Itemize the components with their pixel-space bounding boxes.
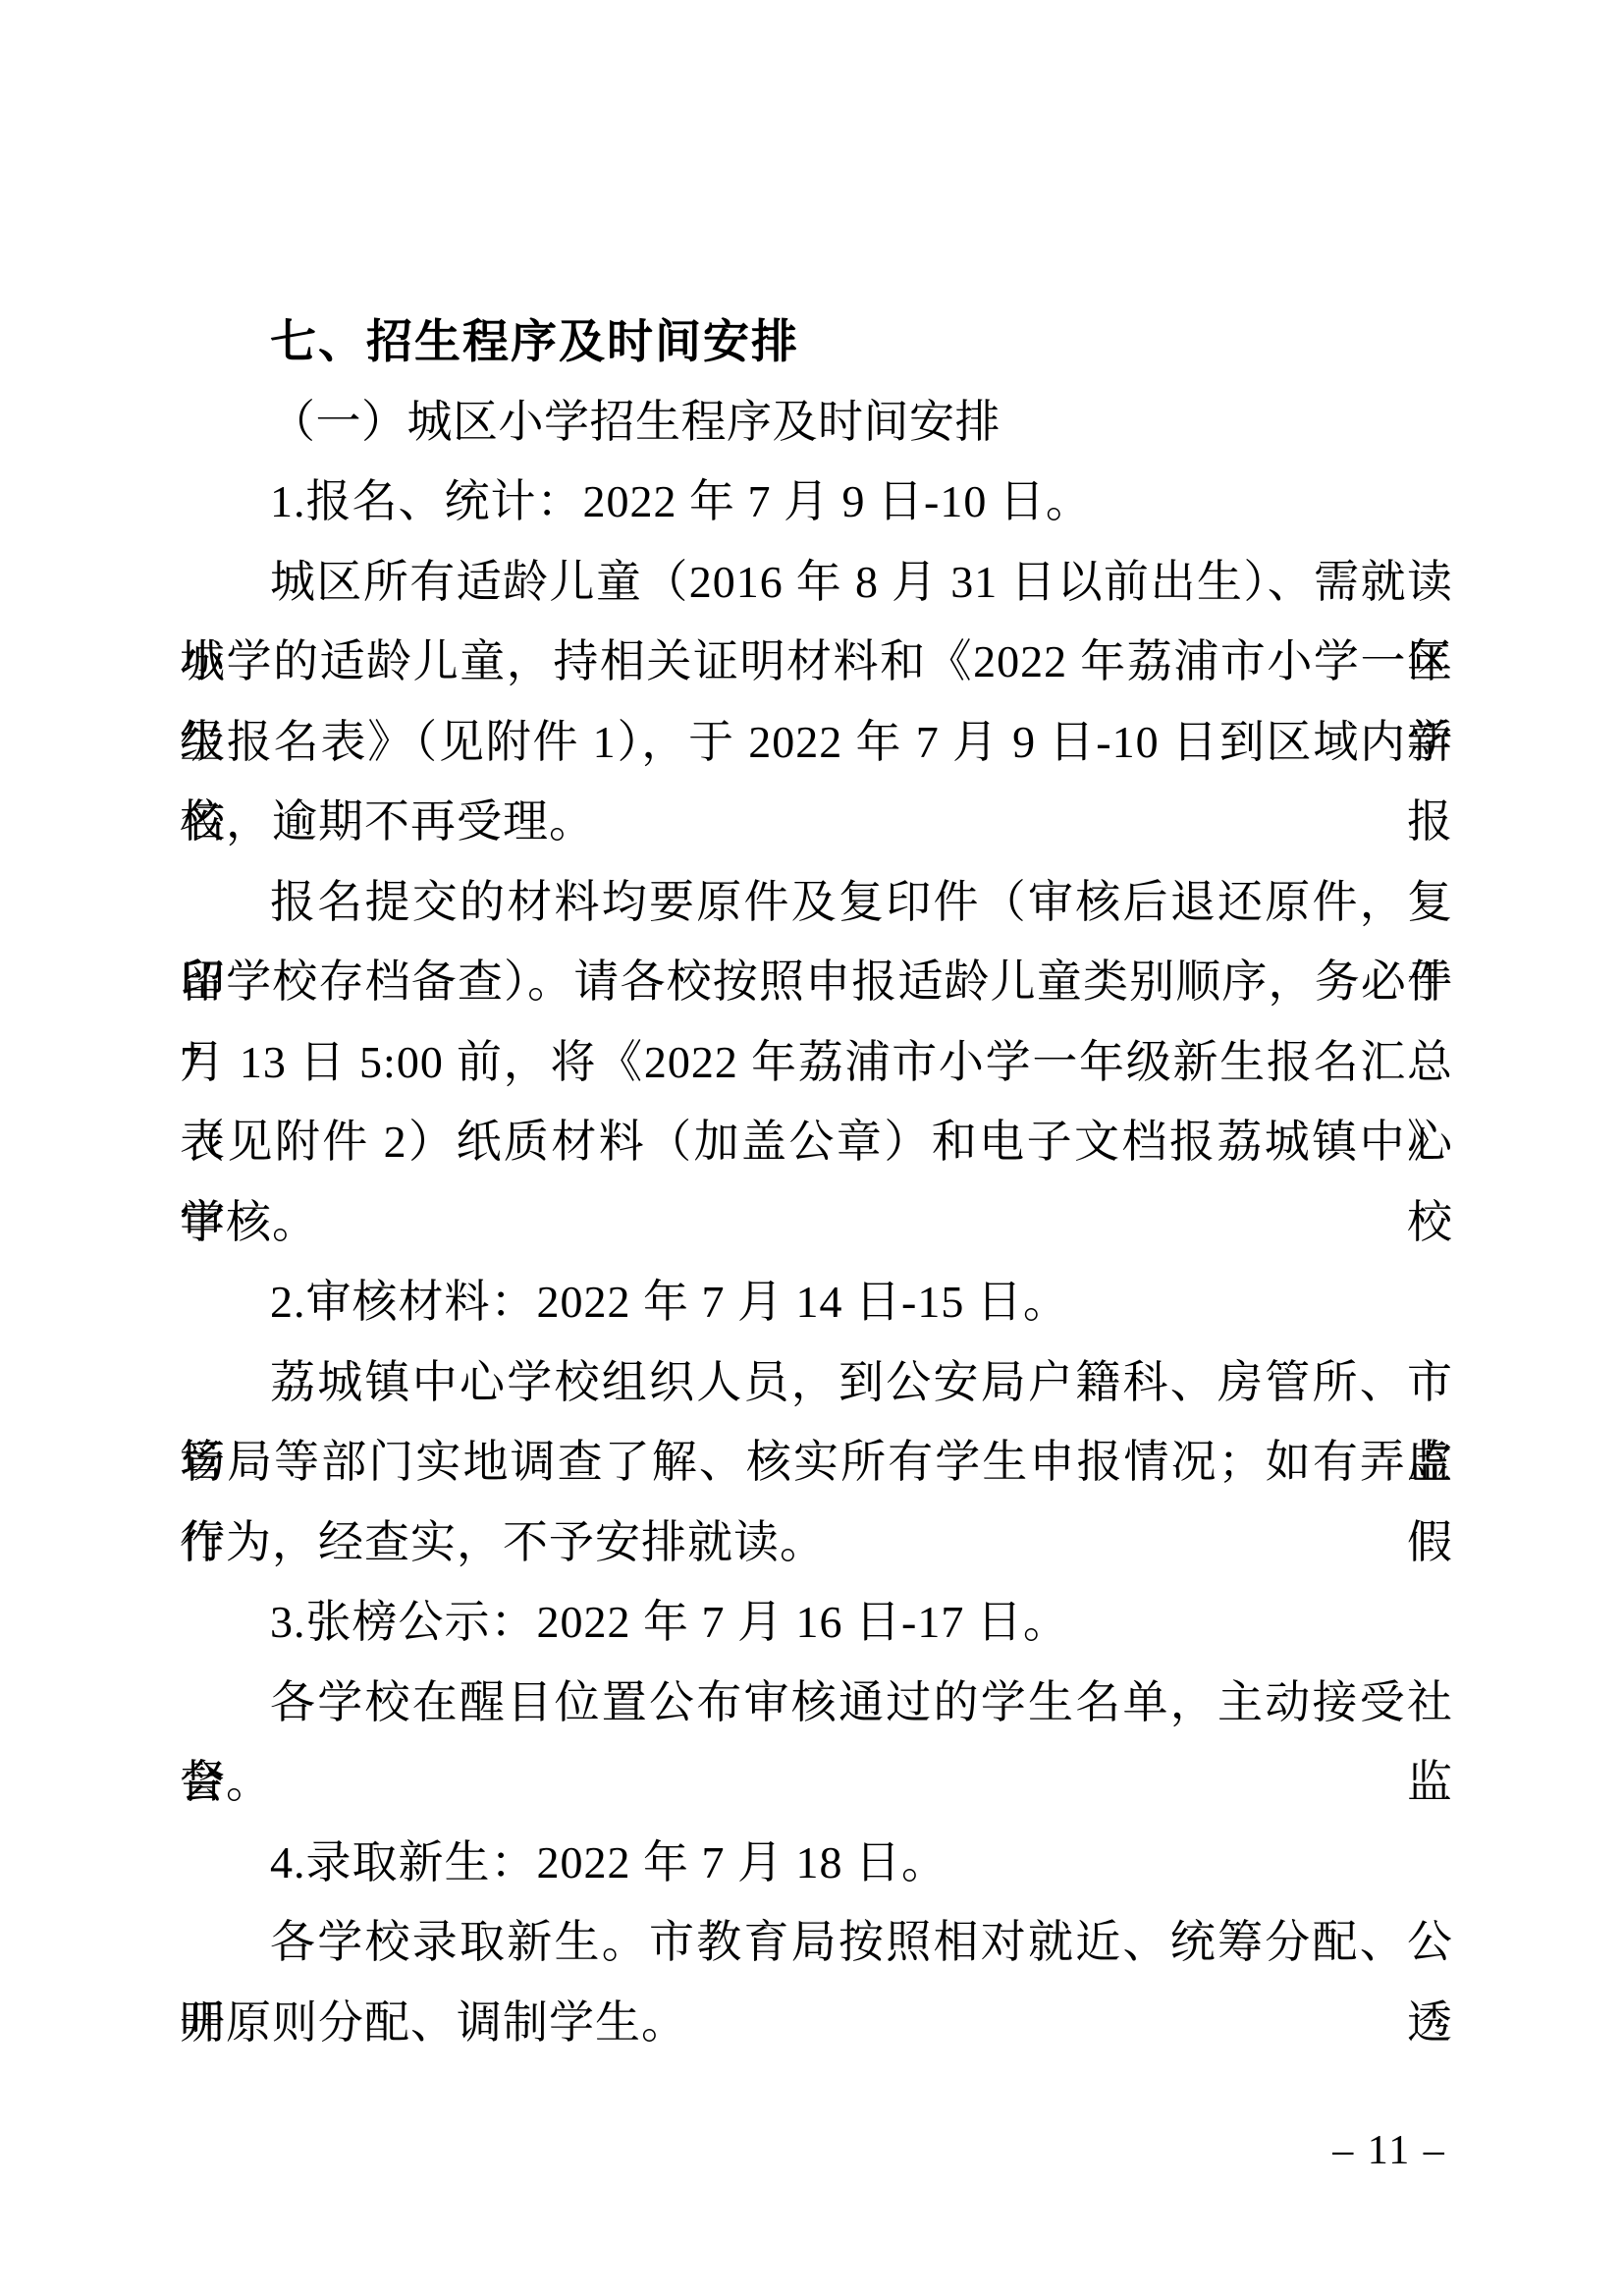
text-line: 3.张榜公示：2022 年 7 月 16 日-17 日。 — [180, 1582, 1453, 1663]
text-line: （一）城区小学招生程序及时间安排 — [180, 382, 1453, 463]
text-line: 城区所有适龄儿童（2016 年 8 月 31 日以前出生）、需就读城区 — [180, 542, 1453, 623]
document-body: 七、招生程序及时间安排（一）城区小学招生程序及时间安排1.报名、统计：2022 … — [180, 301, 1453, 2062]
text-line: 荔城镇中心学校组织人员，到公安局户籍科、房管所、市场监 — [180, 1342, 1453, 1423]
text-line: 各学校录取新生。市教育局按照相对就近、统筹分配、公开透 — [180, 1902, 1453, 1983]
text-line: 报名提交的材料均要原件及复印件（审核后退还原件，复印件 — [180, 862, 1453, 943]
text-line: 2.审核材料：2022 年 7 月 14 日-15 日。 — [180, 1262, 1453, 1342]
text-line: 七、招生程序及时间安排 — [180, 301, 1453, 382]
text-line: 留学校存档备查）。请各校按照申报适龄儿童类别顺序，务必于 7 — [180, 942, 1453, 1022]
text-line: 管局等部门实地调查了解、核实所有学生申报情况；如有弄虚作假 — [180, 1422, 1453, 1503]
text-line: 1.报名、统计：2022 年 7 月 9 日-10 日。 — [180, 462, 1453, 542]
text-line: 月 13 日 5:00 前，将《2022 年荔浦市小学一年级新生报名汇总表》 — [180, 1022, 1453, 1103]
text-line: （见附件 2）纸质材料（加盖公章）和电子文档报荔城镇中心学校 — [180, 1102, 1453, 1182]
text-line: 4.录取新生：2022 年 7 月 18 日。 — [180, 1823, 1453, 1903]
text-line: 生报名表》（见附件 1），于 2022 年 7 月 9 日-10 日到区域内学校… — [180, 702, 1453, 783]
text-line: 各学校在醒目位置公布审核通过的学生名单，主动接受社会监 — [180, 1663, 1453, 1743]
text-line: 小学的适龄儿童，持相关证明材料和《2022 年荔浦市小学一年级新 — [180, 622, 1453, 702]
document-page: 七、招生程序及时间安排（一）城区小学招生程序及时间安排1.报名、统计：2022 … — [0, 0, 1623, 2296]
page-number: – 11 – — [1325, 2121, 1453, 2180]
